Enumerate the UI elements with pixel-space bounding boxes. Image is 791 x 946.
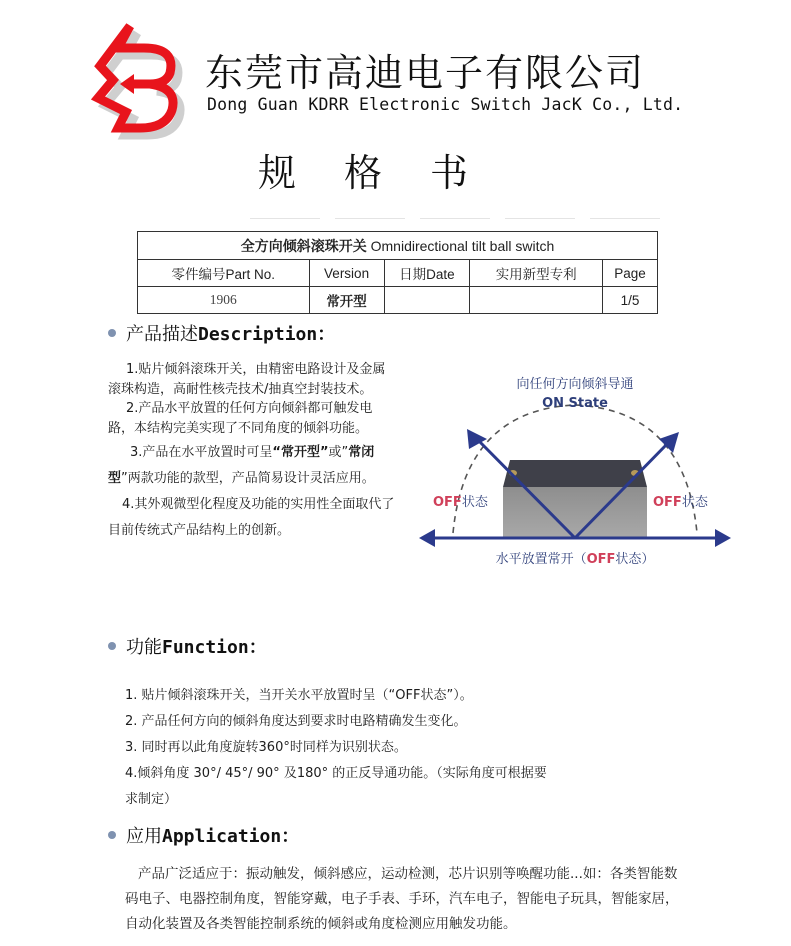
- function-item: 3. 同时再以此角度旋转360°时同样为识别状态。: [125, 735, 655, 761]
- description-item-1: 1.贴片倾斜滚珠开关，由精密电路设计及金属滚珠构造，高耐性核壳技术/抽真空封装技…: [108, 360, 398, 399]
- heading-cn: 应用: [126, 822, 162, 848]
- function-item: 2. 产品任何方向的倾斜角度达到要求时电路精确发生变化。: [125, 709, 655, 735]
- text: ”两款功能的款型，产品简易设计灵活应用。: [121, 471, 375, 486]
- spec-table-value-row: 1906 常开型 1/5: [138, 287, 658, 314]
- tilt-diagram-graphic: 向任何方向倾斜导通 ON State OFF状态 OFF状态 水平放置常开（OF…: [415, 365, 735, 575]
- function-item: 4.倾斜角度 30°/ 45°/ 90° 及180° 的正反导通功能。（实际角度…: [125, 761, 655, 787]
- tilt-switch-diagram: 向任何方向倾斜导通 ON State OFF状态 OFF状态 水平放置常开（OF…: [415, 365, 735, 575]
- off-text: OFF: [433, 495, 462, 510]
- state-text: 状态: [462, 494, 489, 510]
- switch-body: [503, 487, 647, 539]
- company-name-en: Dong Guan KDRR Electronic Switch JacK Co…: [207, 95, 683, 114]
- heading-cn: 功能: [126, 633, 162, 659]
- text: 状态）: [615, 551, 654, 567]
- text: 水平放置常开（: [496, 551, 587, 567]
- on-state-label-en: ON State: [542, 396, 608, 411]
- application-text: 产品广泛适应于：振动触发，倾斜感应，运动检测，芯片识别等唤醒功能...如：各类智…: [125, 862, 690, 937]
- description-heading: 产品描述Description：: [108, 320, 335, 346]
- spec-table-title-row: 全方向倾斜滚珠开关 Omnidirectional tilt ball swit…: [138, 232, 658, 260]
- left-off-label: OFF状态: [433, 494, 489, 510]
- description-item-4: 4.其外观微型化程度及功能的实用性全面取代了目前传统式产品结构上的创新。: [108, 492, 398, 544]
- state-text: 状态: [682, 494, 709, 510]
- function-item: 1. 贴片倾斜滚珠开关，当开关水平放置时呈（“OFF状态”）。: [125, 683, 655, 709]
- right-off-label: OFF状态: [653, 494, 709, 510]
- product-title-en: Omnidirectional tilt ball switch: [367, 238, 555, 254]
- heading-en: Application：: [162, 822, 299, 848]
- faint-divider: [250, 218, 670, 219]
- header-version: Version: [309, 260, 384, 287]
- description-body: 1.贴片倾斜滚珠开关，由精密电路设计及金属滚珠构造，高耐性核壳技术/抽真空封装技…: [108, 360, 398, 544]
- title-char: 规: [258, 142, 296, 197]
- text: 3.产品在水平放置时可呈: [130, 445, 272, 460]
- document-title: 规格书: [258, 142, 516, 197]
- header-page: Page: [603, 260, 658, 287]
- spec-table-header-row: 零件编号Part No. Version 日期Date 实用新型专利 Page: [138, 260, 658, 287]
- on-state-label-cn: 向任何方向倾斜导通: [516, 376, 633, 392]
- date-value: [384, 287, 470, 314]
- off-text: OFF: [587, 552, 616, 567]
- bullet-icon: [108, 329, 116, 337]
- page-value: 1/5: [603, 287, 658, 314]
- function-item: 求制定）: [125, 787, 655, 813]
- switch-top: [503, 460, 647, 487]
- company-name-cn: 东莞市高迪电子有限公司: [205, 42, 645, 97]
- text: 或”: [329, 445, 349, 460]
- off-text: OFF: [653, 495, 682, 510]
- heading-en: Function：: [162, 633, 267, 659]
- description-item-2: 2.产品水平放置的任何方向倾斜都可触发电路，本结构完美实现了不同角度的倾斜功能。: [108, 399, 398, 438]
- heading-cn: 产品描述: [126, 320, 198, 346]
- header-date: 日期Date: [384, 260, 470, 287]
- normally-open-text: “常开型”: [272, 445, 328, 460]
- header-part-no: 零件编号Part No.: [138, 260, 310, 287]
- patent-value: [470, 287, 603, 314]
- title-char: 书: [430, 142, 468, 197]
- header-patent: 实用新型专利: [470, 260, 603, 287]
- spec-table: 全方向倾斜滚珠开关 Omnidirectional tilt ball swit…: [137, 231, 658, 314]
- product-title-cn: 全方向倾斜滚珠开关: [241, 238, 367, 254]
- description-item-3: 3.产品在水平放置时可呈“常开型”或”常闭型”两款功能的款型，产品简易设计灵活应…: [108, 440, 398, 492]
- part-no-value: 1906: [138, 287, 310, 314]
- spec-table-title: 全方向倾斜滚珠开关 Omnidirectional tilt ball swit…: [138, 232, 658, 260]
- heading-en: Description：: [198, 320, 335, 346]
- horizontal-off-label: 水平放置常开（OFF状态）: [496, 551, 655, 567]
- kdrr-logo-icon: [80, 20, 195, 140]
- bullet-icon: [108, 642, 116, 650]
- application-body: 产品广泛适应于：振动触发，倾斜感应，运动检测，芯片识别等唤醒功能...如：各类智…: [125, 862, 690, 937]
- bullet-icon: [108, 831, 116, 839]
- company-logo: [80, 20, 195, 140]
- function-list: 1. 贴片倾斜滚珠开关，当开关水平放置时呈（“OFF状态”）。 2. 产品任何方…: [125, 683, 655, 813]
- version-value: 常开型: [309, 287, 384, 314]
- application-heading: 应用Application：: [108, 822, 299, 848]
- function-heading: 功能Function：: [108, 633, 267, 659]
- title-char: 格: [344, 142, 382, 197]
